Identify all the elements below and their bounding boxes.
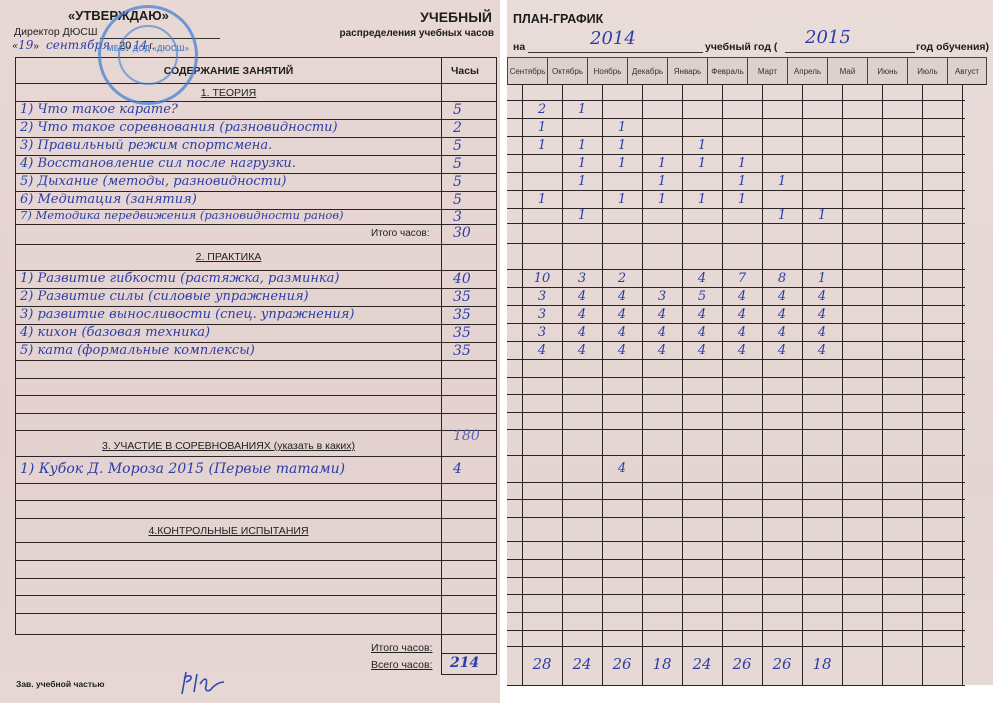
curriculum-table: СОДЕРЖАНИЕ ЗАНЯТИЙ Часы 1. ТЕОРИЯ — [15, 57, 497, 635]
practice-row-hours: 35 — [453, 289, 493, 305]
theory-row-hours: 5 — [453, 138, 493, 154]
month-header: Июнь — [867, 57, 907, 85]
god-obucheniya-label: год обучения) — [916, 41, 989, 53]
grid-cell: 8 — [762, 271, 802, 286]
grid-cell: 4 — [522, 343, 562, 358]
grid-cell: 1 — [562, 102, 602, 117]
grid-cell: 4 — [642, 307, 682, 322]
theory-row: 3) Правильный режим спортсмена. — [20, 138, 272, 153]
section-title-control-tests: 4.КОНТРОЛЬНЫЕ ИСПЫТАНИЯ — [16, 525, 441, 537]
plan-title: ПЛАН-ГРАФИК — [513, 12, 603, 26]
grid-cell: 4 — [722, 289, 762, 304]
month-header: Май — [827, 57, 867, 85]
grid-cell: 1 — [802, 271, 842, 286]
competition-row-hours: 4 — [453, 461, 493, 477]
grid-cell: 4 — [602, 461, 642, 476]
grid-cell: 3 — [562, 271, 602, 286]
grid-cell: 10 — [522, 271, 562, 286]
date-day: 19 — [18, 38, 33, 52]
director-label: Директор ДЮСШ — [14, 26, 97, 38]
table-header-content: СОДЕРЖАНИЕ ЗАНЯТИЙ — [16, 65, 441, 77]
grid-cell: 4 — [602, 307, 642, 322]
grid-cell: 1 — [682, 156, 722, 171]
month-header: Октябрь — [547, 57, 587, 85]
month-header: Август — [947, 57, 987, 85]
month-header: Февраль — [707, 57, 747, 85]
grid-cell: 1 — [762, 174, 802, 189]
monthly-total: 26 — [762, 655, 802, 673]
year-value: 2014 — [590, 28, 636, 49]
practice-total-value: 180 — [453, 428, 493, 444]
month-header: Ноябрь — [587, 57, 627, 85]
grid-cell: 1 — [722, 192, 762, 207]
monthly-total: 26 — [722, 655, 762, 673]
theory-row-hours: 5 — [453, 192, 493, 208]
month-header: Апрель — [787, 57, 827, 85]
grid-cell: 4 — [562, 307, 602, 322]
grid-cell: 1 — [722, 174, 762, 189]
month-header: Июль — [907, 57, 947, 85]
theory-row-hours: 2 — [453, 120, 493, 136]
grid-cell: 1 — [762, 208, 802, 223]
grid-cell: 4 — [562, 289, 602, 304]
grid-cell: 1 — [602, 156, 642, 171]
theory-row: 6) Медитация (занятия) — [20, 192, 197, 207]
section-title-practice: 2. ПРАКТИКА — [16, 251, 441, 263]
grid-cell: 4 — [602, 343, 642, 358]
monthly-total: 18 — [802, 655, 842, 673]
grid-cell: 3 — [522, 307, 562, 322]
grid-cell: 1 — [562, 208, 602, 223]
grid-cell: 4 — [762, 325, 802, 340]
grid-cell: 1 — [642, 192, 682, 207]
grid-cell: 1 — [602, 192, 642, 207]
practice-row-hours: 35 — [453, 325, 493, 341]
grid-cell: 1 — [682, 192, 722, 207]
grid-cell: 4 — [802, 325, 842, 340]
doc-subtitle: распределения учебных часов — [339, 28, 494, 39]
monthly-total: 28 — [522, 655, 562, 673]
grid-cell: 4 — [602, 289, 642, 304]
grid-cell: 1 — [682, 138, 722, 153]
grid-cell: 2 — [602, 271, 642, 286]
theory-row: 5) Дыхание (методы, разновидности) — [20, 174, 286, 189]
grid-cell: 4 — [562, 325, 602, 340]
grid-cell: 5 — [682, 289, 722, 304]
official-stamp: МБОУ ДОД «ДЮСШ» — [98, 5, 198, 105]
grid-cell: 4 — [802, 289, 842, 304]
monthly-total: 18 — [642, 655, 682, 673]
vsego-label: Всего часов: — [371, 659, 432, 671]
table-header-hours: Часы — [451, 65, 479, 77]
signature-icon — [178, 668, 228, 698]
grid-cell: 4 — [722, 307, 762, 322]
grid-cell: 4 — [802, 307, 842, 322]
practice-row: 1) Развитие гибкости (растяжка, разминка… — [20, 271, 339, 286]
monthly-total: 24 — [562, 655, 602, 673]
practice-row: 2) Развитие силы (силовые упражнения) — [20, 289, 309, 304]
month-header: Сентябрь — [507, 57, 547, 85]
grid-cell: 1 — [562, 156, 602, 171]
grid-cell: 4 — [762, 343, 802, 358]
itogo-label: Итого часов: — [371, 642, 432, 654]
section-title-theory: 1. ТЕОРИЯ — [16, 87, 441, 99]
doc-title: УЧЕБНЫЙ — [420, 9, 492, 25]
grid-cell: 1 — [522, 120, 562, 135]
month-header: Декабрь — [627, 57, 667, 85]
na-label: на — [513, 41, 525, 53]
theory-row-hours: 3 — [453, 209, 493, 225]
grid-cell: 4 — [682, 307, 722, 322]
grid-cell: 3 — [642, 289, 682, 304]
practice-row-hours: 35 — [453, 343, 493, 359]
grid-cell: 1 — [562, 138, 602, 153]
grid-cell: 4 — [642, 325, 682, 340]
grid-cell: 4 — [722, 325, 762, 340]
grid-cell: 4 — [762, 307, 802, 322]
theory-row: 7) Методика передвижения (разновидности … — [20, 208, 344, 222]
vsego-value: 214 — [450, 655, 479, 671]
grid-cell: 4 — [682, 271, 722, 286]
theory-row-hours: 5 — [453, 102, 493, 118]
theory-row: 4) Восстановление сил после нагрузки. — [20, 156, 296, 171]
section-title-competitions: 3. УЧАСТИЕ В СОРЕВНОВАНИЯХ (указать в ка… — [16, 440, 441, 452]
practice-row-hours: 40 — [453, 271, 493, 287]
theory-row-hours: 5 — [453, 174, 493, 190]
grid-cell: 4 — [682, 325, 722, 340]
month-header: Март — [747, 57, 787, 85]
month-header: Январь — [667, 57, 707, 85]
grid-cell: 1 — [602, 138, 642, 153]
practice-row: 5) ката (формальные комплексы) — [20, 343, 255, 358]
grid-cell: 1 — [802, 208, 842, 223]
theory-row: 2) Что такое соревнования (разновидности… — [20, 120, 338, 135]
grid-cell: 4 — [602, 325, 642, 340]
grid-cell: 4 — [802, 343, 842, 358]
date-close-quote: » — [33, 41, 39, 52]
grid-cell: 3 — [522, 325, 562, 340]
grid-cell: 2 — [522, 102, 562, 117]
grid-cell: 1 — [642, 156, 682, 171]
year-line — [528, 52, 703, 53]
study-year-line — [785, 52, 915, 53]
uchebny-god-label: учебный год ( — [705, 41, 777, 53]
monthly-total: 24 — [682, 655, 722, 673]
practice-row: 4) кихон (базовая техника) — [20, 325, 210, 340]
study-year-value: 2015 — [805, 27, 851, 48]
zav-label: Зав. учебной частью — [16, 679, 104, 689]
monthly-total: 26 — [602, 655, 642, 673]
grid-cell: 7 — [722, 271, 762, 286]
grid-cell: 4 — [642, 343, 682, 358]
theory-row-hours: 5 — [453, 156, 493, 172]
theory-total-value: 30 — [453, 225, 493, 241]
left-page: «УТВЕРЖДАЮ» Директор ДЮСШ «19» сентября … — [0, 0, 500, 703]
grid-cell: 4 — [562, 343, 602, 358]
grid-cell: 3 — [522, 289, 562, 304]
hours-column-divider — [441, 58, 442, 634]
grid-cell: 4 — [762, 289, 802, 304]
grid-cell: 1 — [562, 174, 602, 189]
grid-cell: 1 — [602, 120, 642, 135]
practice-row: 3) развитие выносливости (спец. упражнен… — [20, 307, 354, 322]
practice-row-hours: 35 — [453, 307, 493, 323]
grid-cell: 1 — [722, 156, 762, 171]
grid-cell: 4 — [722, 343, 762, 358]
grid-cell: 4 — [682, 343, 722, 358]
theory-total-label: Итого часов: — [371, 228, 430, 239]
grid-cell: 1 — [522, 138, 562, 153]
grid-cell: 1 — [522, 192, 562, 207]
grid-cell: 1 — [642, 174, 682, 189]
competition-row: 1) Кубок Д. Мороза 2015 (Первые татами) — [20, 461, 345, 477]
